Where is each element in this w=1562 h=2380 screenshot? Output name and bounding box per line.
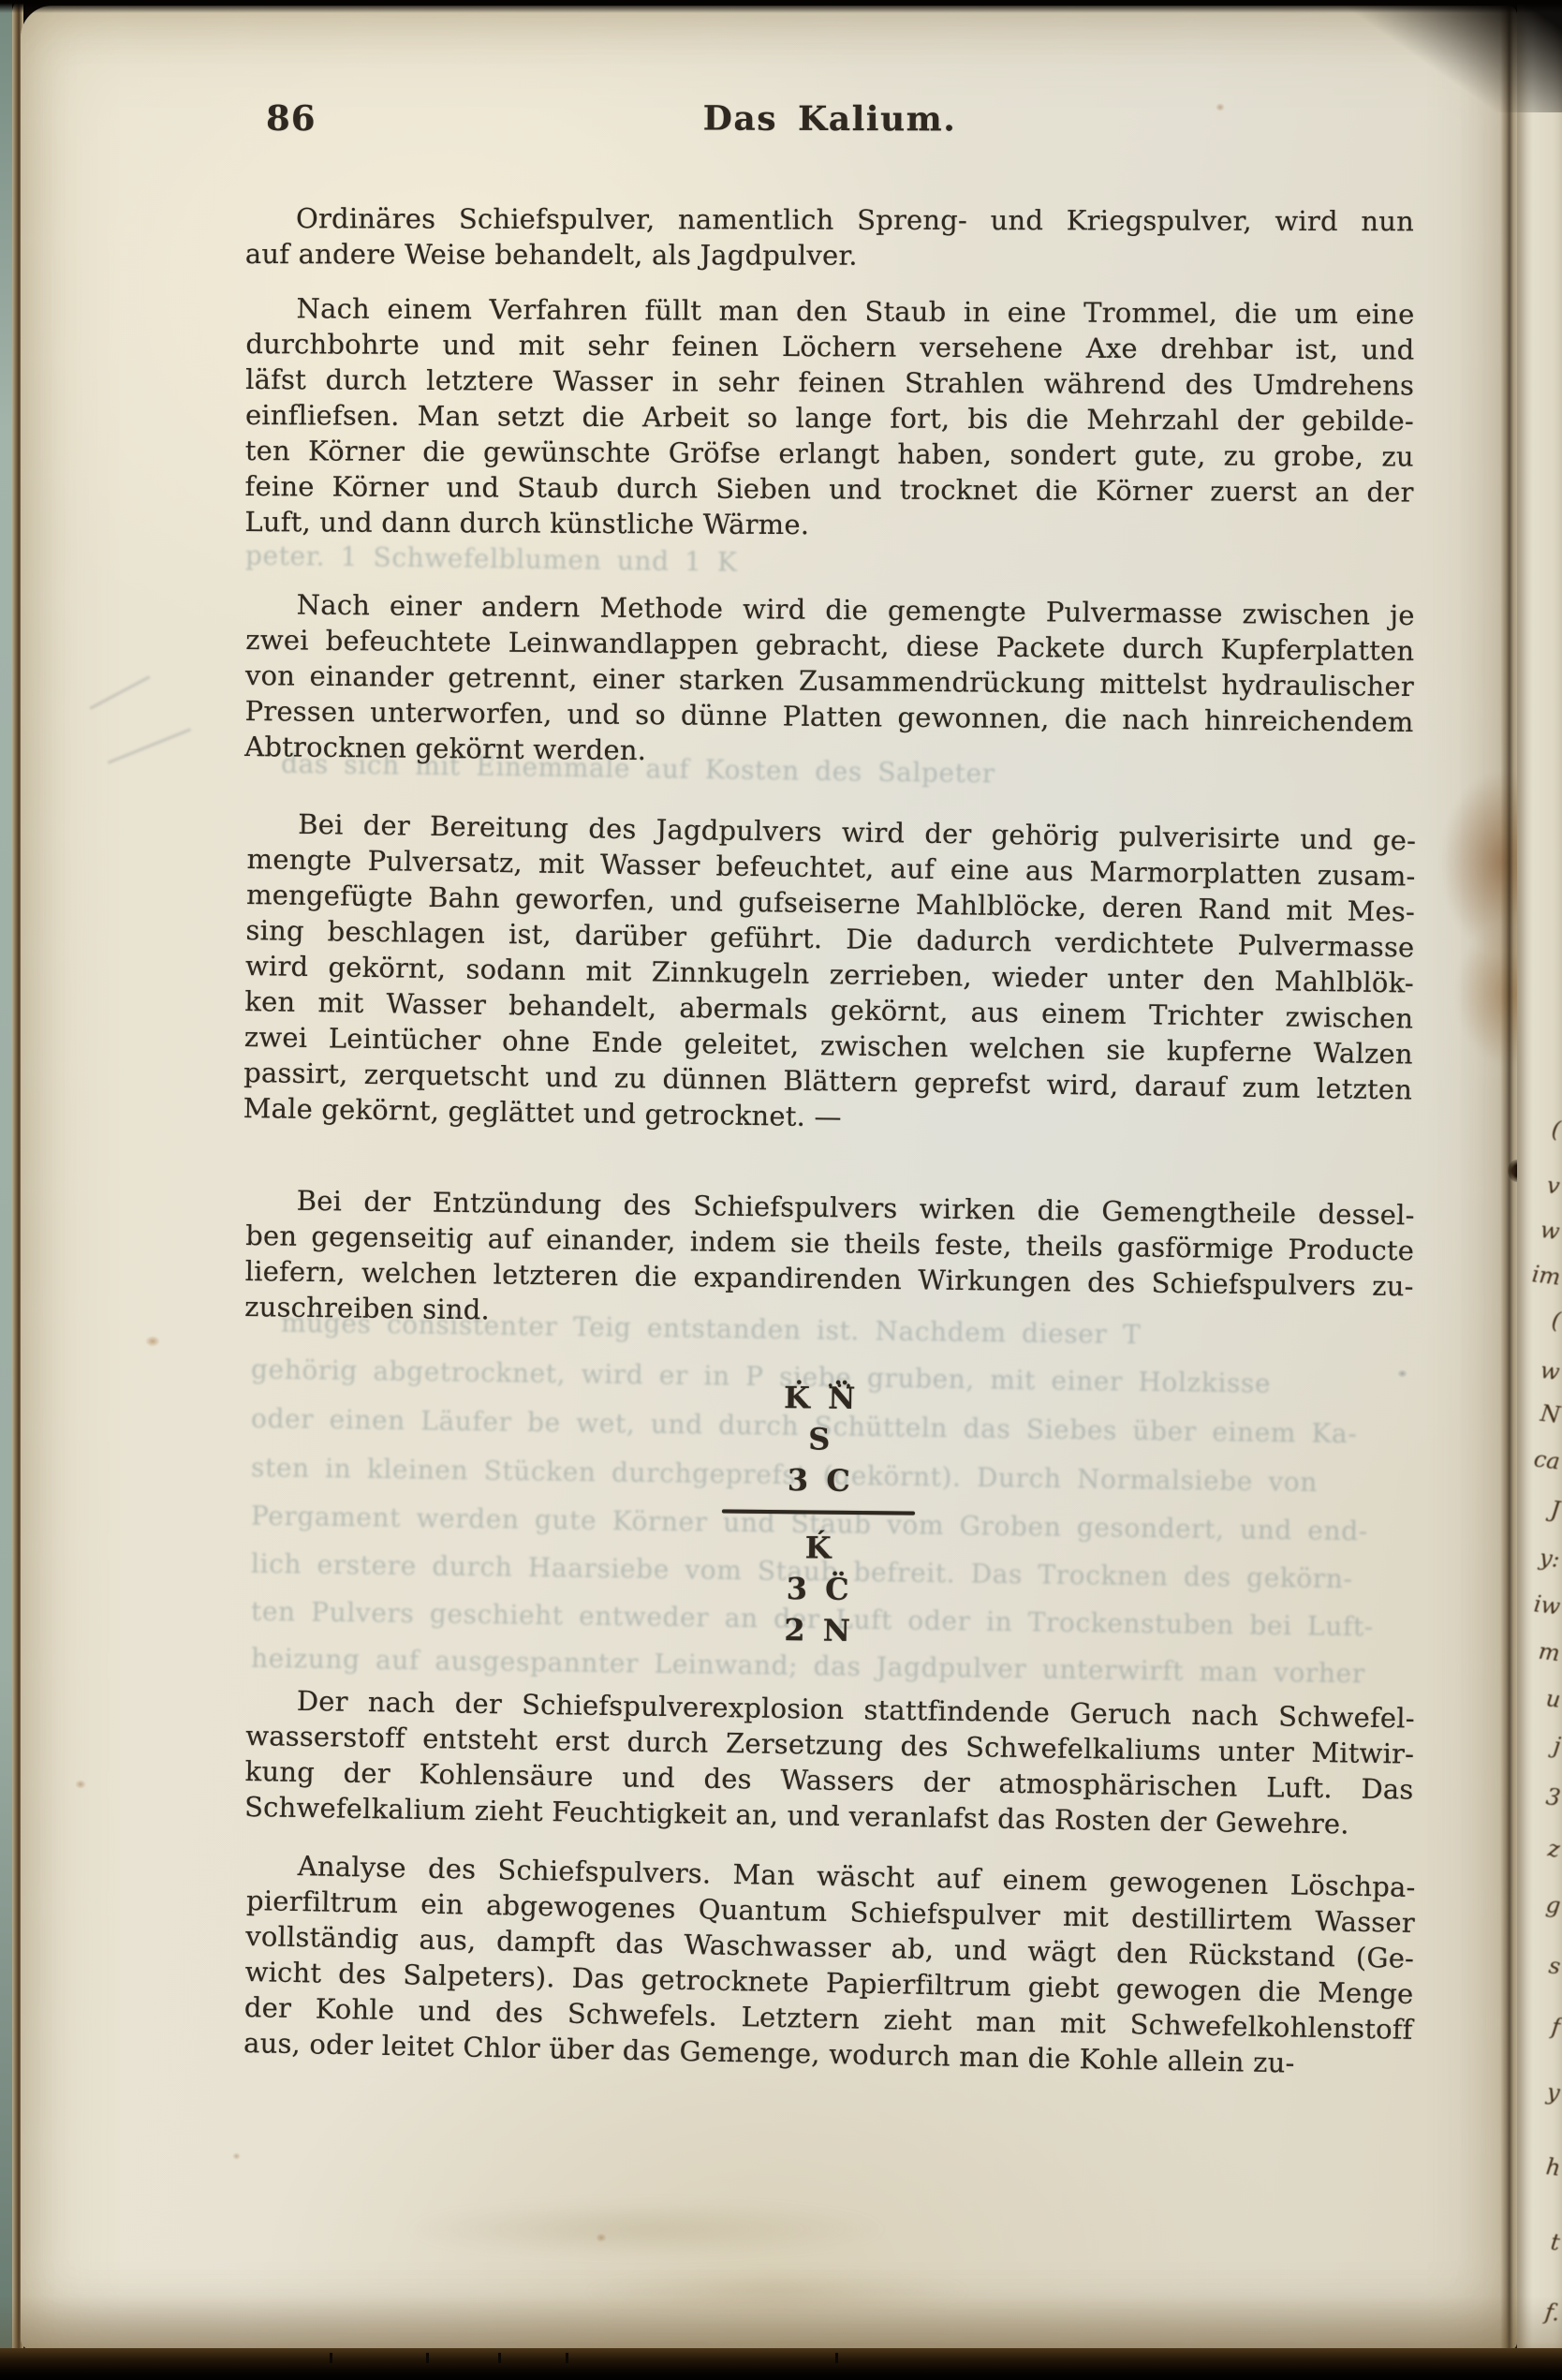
handwriting-mark: w — [1540, 1217, 1562, 1245]
handwriting-mark: m — [1538, 1638, 1562, 1667]
handwriting-mark: g — [1544, 1891, 1562, 1919]
handwriting-mark: f — [1550, 2014, 1561, 2041]
paragraph: Bei der Bereitung des Jagdpulvers wird d… — [243, 806, 1416, 1143]
handwriting-mark: y: — [1539, 1545, 1562, 1573]
handwriting-mark: N — [1539, 1400, 1561, 1428]
handwriting-mark: y — [1546, 2078, 1562, 2106]
text-line: auf andere Weise behandelt, als Jagdpulv… — [245, 236, 1414, 274]
handwriting-mark: s — [1547, 1952, 1562, 1979]
handwriting-mark: j — [1552, 1733, 1562, 1760]
handwriting-mark: h — [1544, 2153, 1562, 2181]
text-line: ten Körner die gewünschte Gröfse erlangt… — [245, 433, 1414, 475]
handwriting-mark: v — [1546, 1172, 1562, 1199]
text-line: Ordinäres Schiefspulver, namentlich Spre… — [245, 200, 1414, 239]
gutter-crease — [1500, 0, 1517, 2352]
top-right-shadow — [1309, 0, 1562, 112]
edge-tick — [498, 2353, 501, 2363]
left-binding-strip — [0, 0, 12, 2380]
page-content: 86 Das Kalium. Ordinäres Schiefspulver, … — [245, 99, 1414, 2061]
handwriting-mark: ( — [1550, 1308, 1562, 1335]
paragraph: Nach einer andern Methode wird die gemen… — [244, 586, 1415, 776]
handwriting-mark: iw — [1532, 1590, 1561, 1619]
formula-divider-line — [722, 1509, 915, 1515]
paragraph: Bei der Entzündung des Schiefspulvers wi… — [244, 1182, 1415, 1339]
page-number: 86 — [266, 97, 317, 139]
text-line: Nach einem Verfahren füllt man den Staub… — [245, 290, 1414, 333]
formula-extra-dots: ··· — [827, 1366, 854, 1407]
paragraph: Der nach der Schiefspulverexplosion stat… — [244, 1682, 1415, 1843]
edge-tick — [330, 2353, 332, 2363]
chemical-formula: K̇ N̈···S3 CḰ3 C̈2 N — [232, 1371, 1404, 1657]
text-line: durchbohrte und mit sehr feinen Löchern … — [245, 326, 1414, 368]
text-line: einfliefsen. Man setzt die Arbeit so lan… — [245, 397, 1414, 439]
handwriting-mark: 3 — [1544, 1783, 1562, 1811]
handwriting-mark: im — [1530, 1261, 1562, 1291]
handwriting-mark: J — [1550, 1497, 1562, 1524]
edge-tick — [835, 2353, 838, 2363]
page-head: 86 Das Kalium. — [245, 97, 1414, 148]
paragraph: Ordinäres Schiefspulver, namentlich Spre… — [245, 200, 1414, 274]
handwriting-mark: ( — [1550, 1116, 1562, 1144]
paragraph: Analyse des Schiefspulvers. Man wäscht a… — [243, 1847, 1416, 2083]
bottom-shadow-band — [0, 2348, 1562, 2380]
text-line: Luft, und dann durch künstliche Wärme. — [244, 504, 1413, 546]
handwriting-mark: u — [1544, 1685, 1562, 1713]
right-page-fragment: (vwim(wNcaJy:iwmuj3zgsfyhtf. — [1517, 0, 1562, 2352]
text-flow: Ordinäres Schiefspulver, namentlich Spre… — [245, 200, 1414, 2061]
handwriting-mark: t — [1550, 2229, 1562, 2256]
book-scan: peter. 1 Schwefelblumen und 1 Kdas sich … — [0, 0, 1562, 2380]
text-line: feine Körner und Staub durch Sieben und … — [245, 468, 1414, 510]
handwriting-mark: w — [1540, 1357, 1562, 1385]
edge-tick — [566, 2353, 568, 2363]
handwriting-mark: ca — [1533, 1445, 1562, 1474]
edge-tick — [426, 2353, 429, 2363]
handwriting-mark: z — [1547, 1835, 1562, 1862]
paragraph: Nach einem Verfahren füllt man den Staub… — [244, 290, 1414, 546]
text-line: läfst durch letztere Wasser in sehr fein… — [245, 362, 1414, 404]
bottom-edge-fade — [0, 2296, 1562, 2352]
page-header: Das Kalium. — [245, 97, 1414, 140]
